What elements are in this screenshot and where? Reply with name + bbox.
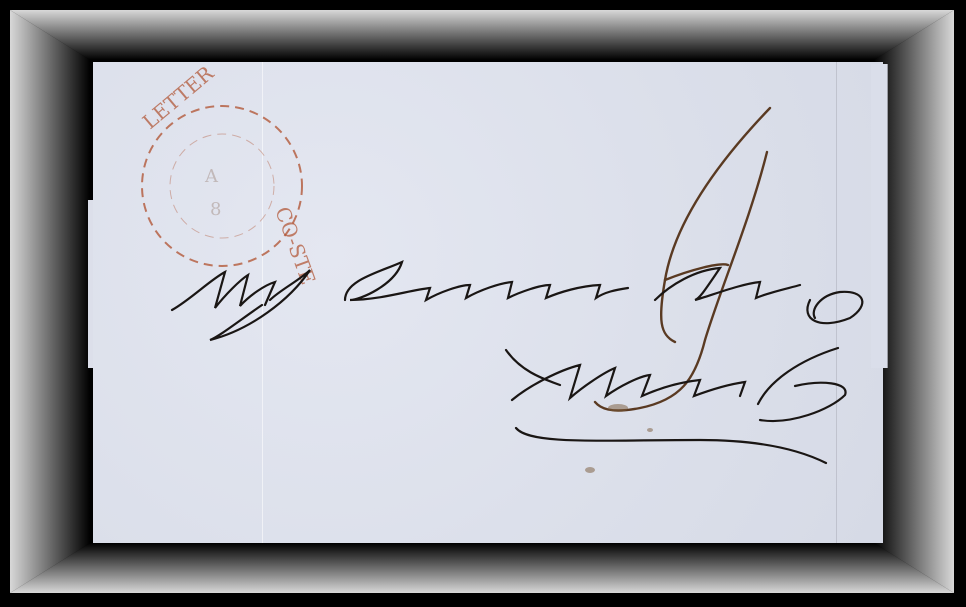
- svg-text:8: 8: [210, 199, 221, 220]
- svg-text:LETTER: LETTER: [138, 60, 219, 133]
- address-line2-script: [506, 348, 846, 463]
- ink-stains: [585, 404, 653, 473]
- postmark-stamp: [142, 106, 302, 266]
- ink-markings: CO-STE LETTER A8: [0, 0, 966, 607]
- svg-text:A: A: [204, 166, 219, 187]
- postmark-text: CO-STE LETTER: [138, 60, 321, 287]
- rate-numeral: [595, 108, 770, 410]
- svg-text:CO-STE: CO-STE: [270, 204, 320, 288]
- address-line1-script: [172, 262, 862, 340]
